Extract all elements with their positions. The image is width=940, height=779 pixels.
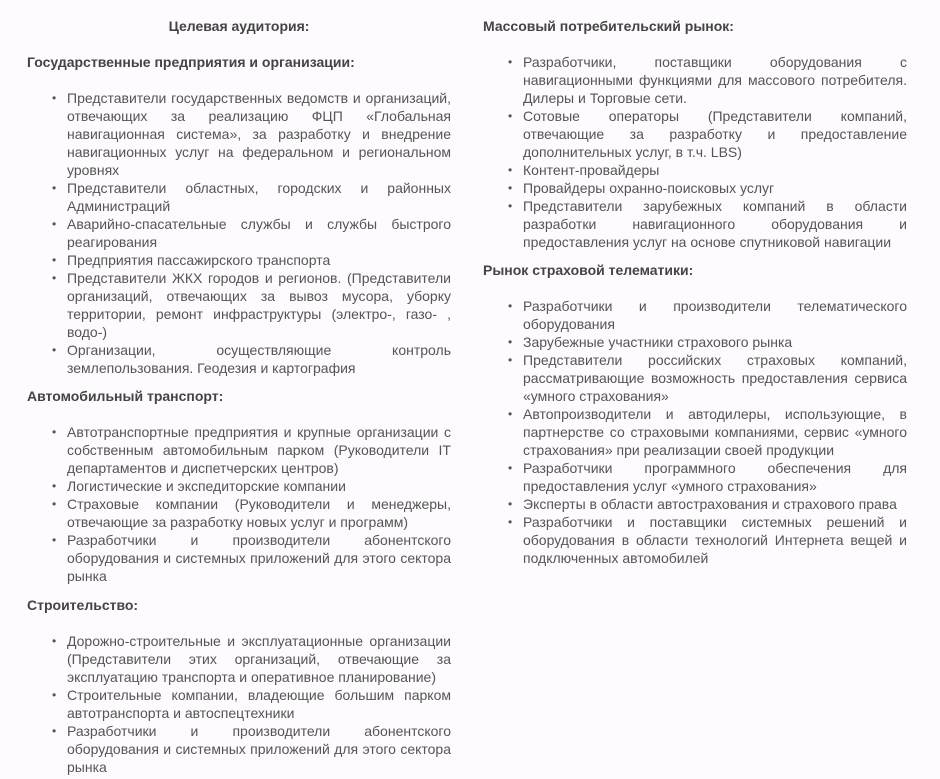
list-item: Разработчики, поставщики оборудования с … (523, 53, 907, 107)
list-item: Представители государственных ведомств и… (67, 89, 451, 179)
list-item: Организации, осуществляющие контроль зем… (67, 341, 451, 377)
list-item: Представители ЖКХ городов и регионов. (П… (67, 269, 451, 341)
section-heading: Массовый потребительский рынок: (483, 17, 907, 35)
list-item: Разработчики программного обеспечения дл… (523, 459, 907, 495)
section-automotive: Автомобильный транспорт: Автотранспортны… (27, 387, 451, 585)
list-item: Разработчики и производители телематичес… (523, 297, 907, 333)
list-item: Эксперты в области автострахования и стр… (523, 495, 907, 513)
section-list: Автотранспортные предприятия и крупные о… (27, 423, 451, 585)
list-item: Предприятия пассажирского транспорта (67, 251, 451, 269)
list-item: Автотранспортные предприятия и крупные о… (67, 423, 451, 477)
section-heading: Строительство: (27, 596, 451, 614)
list-item: Провайдеры охранно-поисковых услуг (523, 179, 907, 197)
section-heading: Автомобильный транспорт: (27, 387, 451, 405)
section-list: Разработчики, поставщики оборудования с … (483, 53, 907, 251)
list-item: Разработчики и производители абонентског… (67, 722, 451, 776)
list-item: Контент-провайдеры (523, 161, 907, 179)
page-title: Целевая аудитория: (27, 17, 451, 35)
section-list: Представители государственных ведомств и… (27, 89, 451, 377)
list-item: Аварийно-спасательные службы и службы бы… (67, 215, 451, 251)
list-item: Строительные компании, владеющие большим… (67, 686, 451, 722)
list-item: Страховые компании (Руководители и менед… (67, 495, 451, 531)
list-item: Представители зарубежных компаний в обла… (523, 197, 907, 251)
section-list: Дорожно-строительные и эксплуатационные … (27, 632, 451, 776)
list-item: Представители российских страховых компа… (523, 351, 907, 405)
section-mass-market: Массовый потребительский рынок: Разработ… (483, 17, 907, 251)
section-heading: Государственные предприятия и организаци… (27, 53, 451, 71)
list-item: Дорожно-строительные и эксплуатационные … (67, 632, 451, 686)
list-item: Автопроизводители и автодилеры, использу… (523, 405, 907, 459)
list-item: Сотовые операторы (Представители компани… (523, 107, 907, 161)
list-item: Представители областных, городских и рай… (67, 179, 451, 215)
section-government: Государственные предприятия и организаци… (27, 53, 451, 377)
list-item: Логистические и экспедиторские компании (67, 477, 451, 495)
list-item: Разработчики и производители абонентског… (67, 531, 451, 585)
section-insurance-telematics: Рынок страховой телематики: Разработчики… (483, 261, 907, 567)
section-heading: Рынок страховой телематики: (483, 261, 907, 279)
target-audience-page: Целевая аудитория: Государственные предп… (0, 0, 940, 779)
section-construction: Строительство: Дорожно-строительные и эк… (27, 596, 451, 776)
section-list: Разработчики и производители телематичес… (483, 297, 907, 567)
list-item: Зарубежные участники страхового рынка (523, 333, 907, 351)
list-item: Разработчики и поставщики системных реше… (523, 513, 907, 567)
